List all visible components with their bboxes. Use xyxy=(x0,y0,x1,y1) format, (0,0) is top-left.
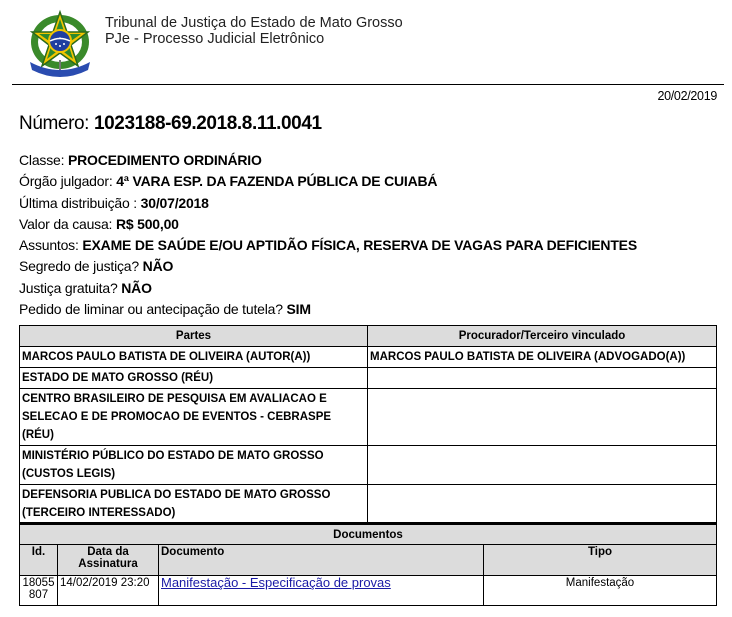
info-value: EXAME DE SAÚDE E/OU APTIDÃO FÍSICA, RESE… xyxy=(82,237,637,253)
table-row: ESTADO DE MATO GROSSO (RÉU) xyxy=(20,368,717,389)
documento-header: Documento xyxy=(159,545,484,576)
document-header: Tribunal de Justiça do Estado de Mato Gr… xyxy=(0,0,732,86)
procurador-cell xyxy=(368,446,717,485)
parte-text: (CUSTOS LEGIS) xyxy=(22,465,365,483)
doc-name-cell: Manifestação - Especificação de provas xyxy=(159,576,484,606)
doc-id-cell: 18055 807 xyxy=(20,576,58,606)
info-value: SIM xyxy=(287,301,311,317)
procurador-cell xyxy=(368,389,717,446)
info-justica-gratuita: Justiça gratuita? NÃO xyxy=(19,278,637,299)
info-label: Valor da causa: xyxy=(19,216,112,232)
partes-header: Partes xyxy=(20,326,368,347)
court-name: Tribunal de Justiça do Estado de Mato Gr… xyxy=(105,15,403,31)
document-date: 20/02/2019 xyxy=(657,89,717,103)
table-row: DEFENSORIA PUBLICA DO ESTADO DE MATO GRO… xyxy=(20,485,717,524)
parte-text: DEFENSORIA PUBLICA DO ESTADO DE MATO GRO… xyxy=(22,486,365,504)
parte-text: (TERCEIRO INTERESSADO) xyxy=(22,504,365,522)
parte-text: ESTADO DE MATO GROSSO (RÉU) xyxy=(22,369,365,387)
info-value: NÃO xyxy=(121,280,152,296)
parte-cell: ESTADO DE MATO GROSSO (RÉU) xyxy=(20,368,368,389)
data-header-line: Data da xyxy=(60,546,156,558)
info-label: Órgão julgador: xyxy=(19,173,113,189)
documentos-table: Documentos Id. Data da Assinatura Docume… xyxy=(19,522,717,606)
info-classe: Classe: PROCEDIMENTO ORDINÁRIO xyxy=(19,150,637,171)
info-label: Última distribuição : xyxy=(19,195,137,211)
brasao-republica-icon xyxy=(26,8,94,80)
parte-cell: CENTRO BRASILEIRO DE PESQUISA EM AVALIAC… xyxy=(20,389,368,446)
info-ultima-distribuicao: Última distribuição : 30/07/2018 xyxy=(19,193,637,214)
procurador-header: Procurador/Terceiro vinculado xyxy=(368,326,717,347)
process-number: Número: 1023188-69.2018.8.11.0041 xyxy=(19,113,322,135)
process-info: Classe: PROCEDIMENTO ORDINÁRIO Órgão jul… xyxy=(19,150,637,320)
parte-cell: DEFENSORIA PUBLICA DO ESTADO DE MATO GRO… xyxy=(20,485,368,524)
process-number-value: 1023188-69.2018.8.11.0041 xyxy=(94,113,322,134)
documentos-caption-row: Documentos xyxy=(20,524,717,545)
info-label: Segredo de justiça? xyxy=(19,258,139,274)
document-link[interactable]: Manifestação - Especificação de provas xyxy=(161,575,391,590)
table-row: 18055 807 14/02/2019 23:20 Manifestação … xyxy=(20,576,717,606)
info-value: NÃO xyxy=(143,258,174,274)
parte-cell: MINISTÉRIO PÚBLICO DO ESTADO DE MATO GRO… xyxy=(20,446,368,485)
partes-table: Partes Procurador/Terceiro vinculado MAR… xyxy=(19,325,717,524)
tipo-header: Tipo xyxy=(484,545,717,576)
info-pedido-liminar: Pedido de liminar ou antecipação de tute… xyxy=(19,299,637,320)
parte-text: MARCOS PAULO BATISTA DE OLIVEIRA (AUTOR(… xyxy=(22,348,365,366)
id-header: Id. xyxy=(20,545,58,576)
info-label: Justiça gratuita? xyxy=(19,280,118,296)
data-header-line: Assinatura xyxy=(60,558,156,570)
info-value: PROCEDIMENTO ORDINÁRIO xyxy=(68,152,262,168)
documentos-caption: Documentos xyxy=(20,524,717,545)
info-label: Assuntos: xyxy=(19,237,79,253)
parte-text: CENTRO BRASILEIRO DE PESQUISA EM AVALIAC… xyxy=(22,390,365,408)
doc-type-cell: Manifestação xyxy=(484,576,717,606)
doc-date-cell: 14/02/2019 23:20 xyxy=(58,576,159,606)
procurador-cell xyxy=(368,368,717,389)
doc-id-text: 18055 xyxy=(22,577,55,589)
info-value: 4ª VARA ESP. DA FAZENDA PÚBLICA DE CUIAB… xyxy=(116,173,437,189)
table-row: CENTRO BRASILEIRO DE PESQUISA EM AVALIAC… xyxy=(20,389,717,446)
documentos-header-row: Id. Data da Assinatura Documento Tipo xyxy=(20,545,717,576)
partes-header-row: Partes Procurador/Terceiro vinculado xyxy=(20,326,717,347)
procurador-cell: MARCOS PAULO BATISTA DE OLIVEIRA (ADVOGA… xyxy=(368,347,717,368)
info-value: 30/07/2018 xyxy=(141,195,209,211)
procurador-cell xyxy=(368,485,717,524)
info-label: Classe: xyxy=(19,152,64,168)
info-assuntos: Assuntos: EXAME DE SAÚDE E/OU APTIDÃO FÍ… xyxy=(19,235,637,256)
data-assinatura-header: Data da Assinatura xyxy=(58,545,159,576)
parte-text: (RÉU) xyxy=(22,426,365,444)
info-value: R$ 500,00 xyxy=(116,216,179,232)
system-name: PJe - Processo Judicial Eletrônico xyxy=(105,31,403,47)
info-segredo-justica: Segredo de justiça? NÃO xyxy=(19,256,637,277)
table-row: MINISTÉRIO PÚBLICO DO ESTADO DE MATO GRO… xyxy=(20,446,717,485)
info-label: Pedido de liminar ou antecipação de tute… xyxy=(19,301,283,317)
doc-id-text: 807 xyxy=(22,589,55,601)
parte-text: SELECAO E DE PROMOCAO DE EVENTOS - CEBRA… xyxy=(22,408,365,426)
process-number-label: Número: xyxy=(19,113,89,134)
table-row: MARCOS PAULO BATISTA DE OLIVEIRA (AUTOR(… xyxy=(20,347,717,368)
info-orgao-julgador: Órgão julgador: 4ª VARA ESP. DA FAZENDA … xyxy=(19,171,637,192)
parte-cell: MARCOS PAULO BATISTA DE OLIVEIRA (AUTOR(… xyxy=(20,347,368,368)
parte-text: MINISTÉRIO PÚBLICO DO ESTADO DE MATO GRO… xyxy=(22,447,365,465)
header-divider xyxy=(12,84,724,85)
info-valor-causa: Valor da causa: R$ 500,00 xyxy=(19,214,637,235)
